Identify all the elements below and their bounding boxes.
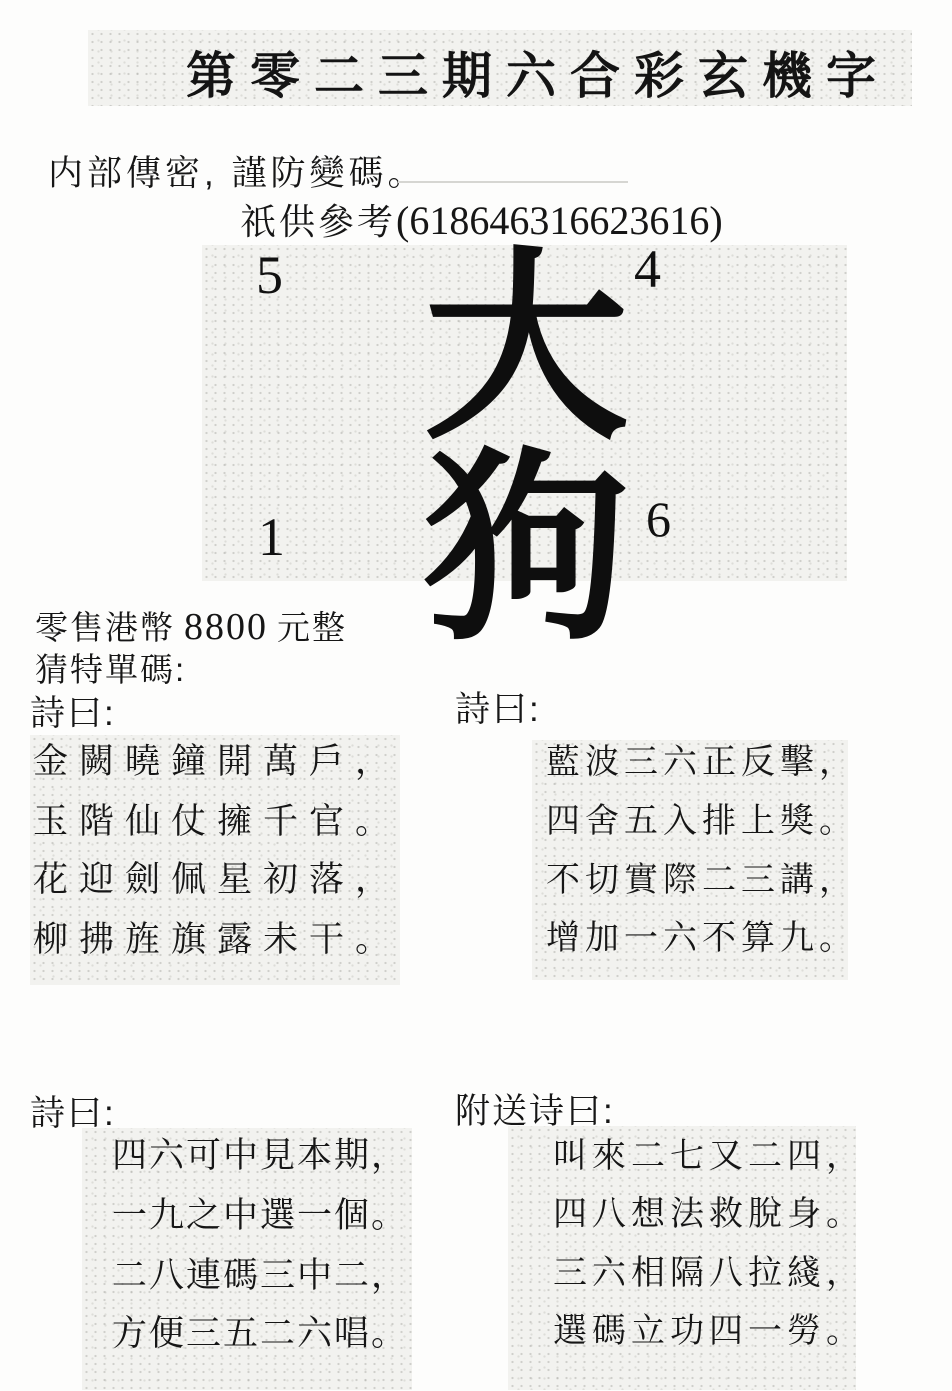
document-page: 第零二三期六合彩玄機字 内部傳密, 謹防變碼。 祇供參考(61864631662… xyxy=(0,0,952,1391)
poem-line: 花迎劍佩星初落， xyxy=(33,862,401,897)
poem-2-header: 詩曰: xyxy=(455,682,541,732)
price-suffix: 元整 xyxy=(277,609,347,646)
poem-line: 四六可中見本期， xyxy=(112,1138,408,1173)
poem-line: 方便三五二六唱。 xyxy=(112,1316,408,1351)
mystery-character-bottom: 狗 xyxy=(398,449,654,650)
poem-line: 三六相隔八拉綫， xyxy=(553,1256,865,1290)
poem-line: 柳拂旌旗露未干。 xyxy=(33,922,401,957)
corner-number-top-left: 5 xyxy=(256,248,283,302)
price-amount: 8800 xyxy=(184,606,268,648)
page-title: 第零二三期六合彩玄機字 xyxy=(186,36,890,108)
reference-label: 祇供參考 xyxy=(240,201,396,242)
price-prefix: 零售港幣 xyxy=(35,609,175,646)
poem-line: 四舍五入排上獎。 xyxy=(546,804,858,838)
poem-line: 玉階仙仗擁千官。 xyxy=(33,804,401,839)
mystery-characters: 大 狗 xyxy=(398,248,654,650)
guess-special-label: 猜特單碼: xyxy=(35,644,186,691)
mystery-character-top: 大 xyxy=(398,248,654,449)
poem-line: 不切實際二三講， xyxy=(546,863,858,897)
poem-line: 藍波三六正反擊， xyxy=(546,745,858,779)
poem-line: 二八連碼三中二， xyxy=(112,1258,408,1293)
poem-line: 一九之中選一個。 xyxy=(112,1198,408,1233)
corner-number-bottom-left: 1 xyxy=(258,510,285,564)
poem-line: 四八想法救脫身。 xyxy=(553,1197,865,1231)
notice-text: 内部傳密, 謹防變碼。 xyxy=(48,146,426,196)
divider-line xyxy=(398,181,628,183)
poem-line: 叫來二七又二四， xyxy=(553,1139,865,1173)
poem-line: 金闕曉鐘開萬戶， xyxy=(33,744,401,779)
price-line: 零售港幣8800元整 xyxy=(35,602,347,649)
poem-1-header: 詩曰: xyxy=(30,686,116,736)
poem-line: 增加一六不算九。 xyxy=(546,921,858,955)
poem-line: 選碼立功四一勞。 xyxy=(553,1314,865,1348)
